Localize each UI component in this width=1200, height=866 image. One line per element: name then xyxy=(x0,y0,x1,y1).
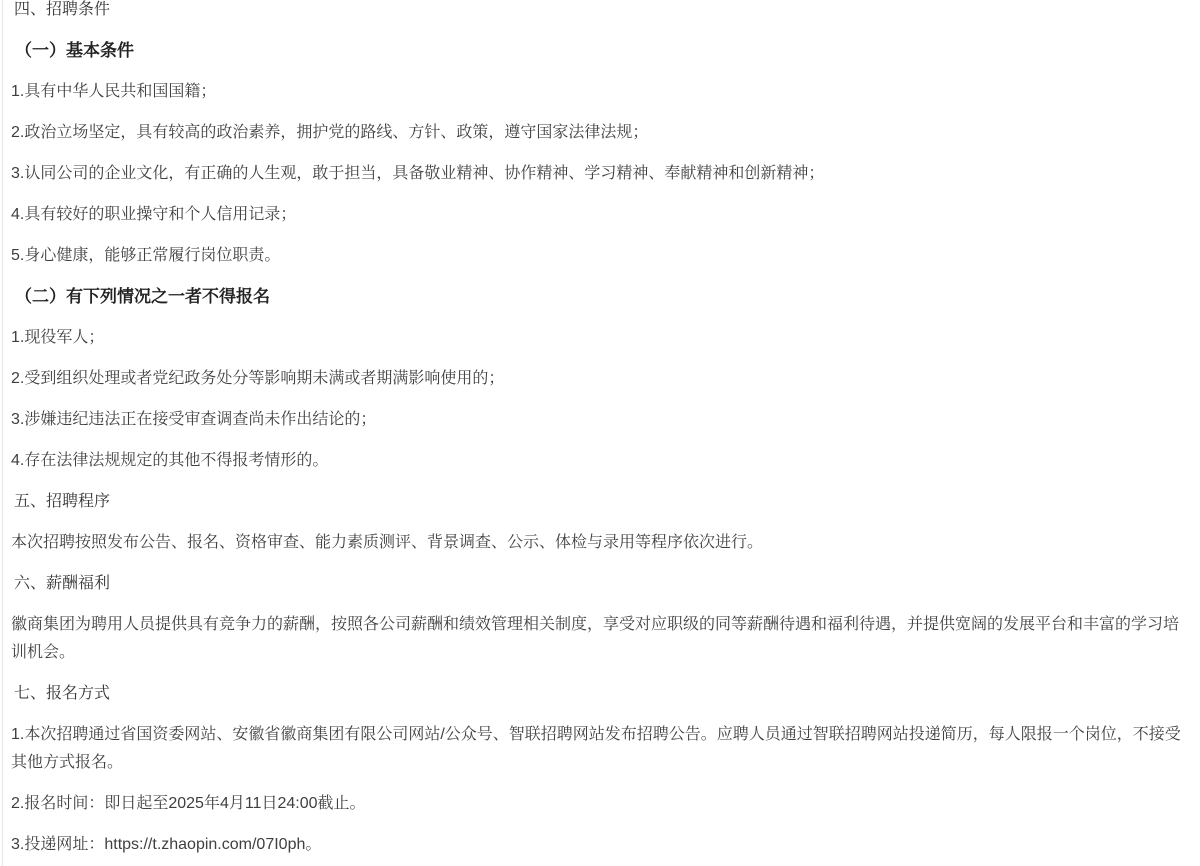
basic-condition-item-1: 1.具有中华人民共和国国籍； xyxy=(11,78,1190,106)
disqualification-item-3: 3.涉嫌违纪违法正在接受审查调查尚未作出结论的； xyxy=(11,406,1190,434)
application-method-item-1: 1.本次招聘通过省国资委网站、安徽省徽商集团有限公司网站/公众号、智联招聘网站发… xyxy=(11,721,1190,777)
compensation-benefits-text: 徽商集团为聘用人员提供具有竞争力的薪酬，按照各公司薪酬和绩效管理相关制度，享受对… xyxy=(11,611,1190,667)
disqualification-item-4: 4.存在法律法规规定的其他不得报考情形的。 xyxy=(11,447,1190,475)
recruitment-announcement-article: 四、招聘条件（一）基本条件1.具有中华人民共和国国籍；2.政治立场坚定，具有较高… xyxy=(2,0,1200,866)
recruitment-procedure-text: 本次招聘按照发布公告、报名、资格审查、能力素质测评、背景调查、公示、体检与录用等… xyxy=(11,529,1190,557)
section-title-recruitment-conditions: 四、招聘条件 xyxy=(11,0,1190,24)
basic-condition-item-4: 4.具有较好的职业操守和个人信用记录； xyxy=(11,201,1190,229)
basic-condition-item-2: 2.政治立场坚定，具有较高的政治素养，拥护党的路线、方针、政策，遵守国家法律法规… xyxy=(11,119,1190,147)
application-method-item-2: 2.报名时间：即日起至2025年4月11日24:00截止。 xyxy=(11,790,1190,818)
disqualification-item-1: 1.现役军人； xyxy=(11,324,1190,352)
application-method-item-3: 3.投递网址：https://t.zhaopin.com/07I0ph。 xyxy=(11,831,1190,859)
subheading-basic-conditions: （一）基本条件 xyxy=(11,37,1190,65)
disqualification-item-2: 2.受到组织处理或者党纪政务处分等影响期未满或者期满影响使用的； xyxy=(11,365,1190,393)
section-title-recruitment-procedure: 五、招聘程序 xyxy=(11,488,1190,516)
basic-condition-item-5: 5.身心健康，能够正常履行岗位职责。 xyxy=(11,242,1190,270)
section-title-application-method: 七、报名方式 xyxy=(11,680,1190,708)
subheading-disqualifications: （二）有下列情况之一者不得报名 xyxy=(11,283,1190,311)
section-title-compensation-benefits: 六、薪酬福利 xyxy=(11,570,1190,598)
announcement-page: 四、招聘条件（一）基本条件1.具有中华人民共和国国籍；2.政治立场坚定，具有较高… xyxy=(0,0,1200,866)
basic-condition-item-3: 3.认同公司的企业文化，有正确的人生观，敢于担当，具备敬业精神、协作精神、学习精… xyxy=(11,160,1190,188)
